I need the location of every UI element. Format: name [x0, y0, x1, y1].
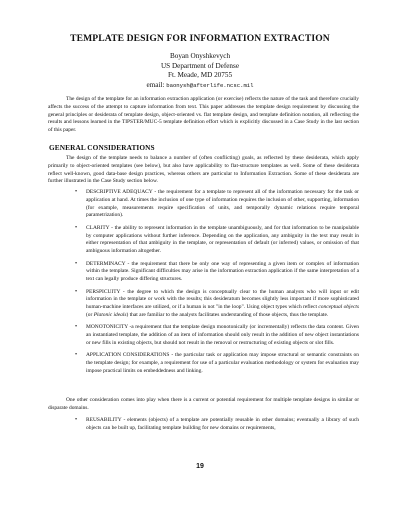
- item-text: - the requirement that there be only one…: [86, 261, 359, 283]
- bullet-icon: •: [75, 261, 77, 269]
- item-text: (or: [86, 312, 94, 318]
- author-name: Boyan Onyshkevych: [0, 52, 400, 62]
- author-address: Ft. Meade, MD 20755: [0, 71, 400, 81]
- item-term: REUSABILITY: [86, 417, 121, 423]
- list-item: • PERSPICUITY - the degree to which the …: [48, 289, 359, 320]
- author-email-line: email: baonysh@afterlife.ncsc.mil: [0, 81, 400, 91]
- list-item: • CLARITY - the ability to represent inf…: [48, 225, 359, 256]
- item-term: DESCRIPTIVE ADEQUACY: [86, 189, 153, 195]
- abstract: The design of the template for an inform…: [48, 96, 359, 135]
- paper-title: TEMPLATE DESIGN FOR INFORMATION EXTRACTI…: [0, 33, 400, 44]
- author-email: baonysh@afterlife.ncsc.mil: [166, 82, 253, 89]
- bullet-icon: •: [75, 324, 77, 332]
- bullet-icon: •: [75, 417, 77, 425]
- item-term: MONOTONICITY: [86, 324, 128, 330]
- item-term: APPLICATION CONSIDERATIONS: [86, 352, 169, 358]
- list-item: • APPLICATION CONSIDERATIONS - the parti…: [48, 352, 359, 375]
- item-italic: Platonic ideals: [94, 312, 127, 318]
- item-text: ) that are familiar to the analysts faci…: [126, 312, 328, 318]
- item-italic: conceptual objects: [318, 304, 359, 310]
- bullet-icon: •: [75, 289, 77, 297]
- item-text: - the ability to represent information i…: [86, 225, 359, 254]
- item-term: DETERMINACY: [86, 261, 125, 267]
- bullet-icon: •: [75, 189, 77, 197]
- page-number: 19: [0, 463, 400, 470]
- item-text: - elements (objects) of a template are p…: [86, 417, 359, 431]
- author-block: Boyan Onyshkevych US Department of Defen…: [0, 52, 400, 90]
- list-item: • REUSABILITY - elements (objects) of a …: [48, 417, 359, 433]
- email-label: email:: [146, 81, 164, 89]
- list-item: • DETERMINACY - the requirement that the…: [48, 261, 359, 284]
- item-term: CLARITY: [86, 225, 109, 231]
- list-item: • DESCRIPTIVE ADEQUACY - the requirement…: [48, 189, 359, 220]
- list-item: • MONOTONICITY -a requirement that the t…: [48, 324, 359, 347]
- bullet-icon: •: [75, 352, 77, 360]
- author-affiliation: US Department of Defense: [0, 62, 400, 72]
- item-term: PERSPICUITY: [86, 289, 120, 295]
- bullet-icon: •: [75, 225, 77, 233]
- other-consideration: One other consideration comes into play …: [48, 397, 359, 413]
- section-heading: GENERAL CONSIDERATIONS: [49, 143, 155, 152]
- desiderata-list: • DESCRIPTIVE ADEQUACY - the requirement…: [48, 189, 359, 380]
- section-intro: The design of the template needs to bala…: [48, 155, 359, 186]
- reusability-list: • REUSABILITY - elements (objects) of a …: [48, 417, 359, 437]
